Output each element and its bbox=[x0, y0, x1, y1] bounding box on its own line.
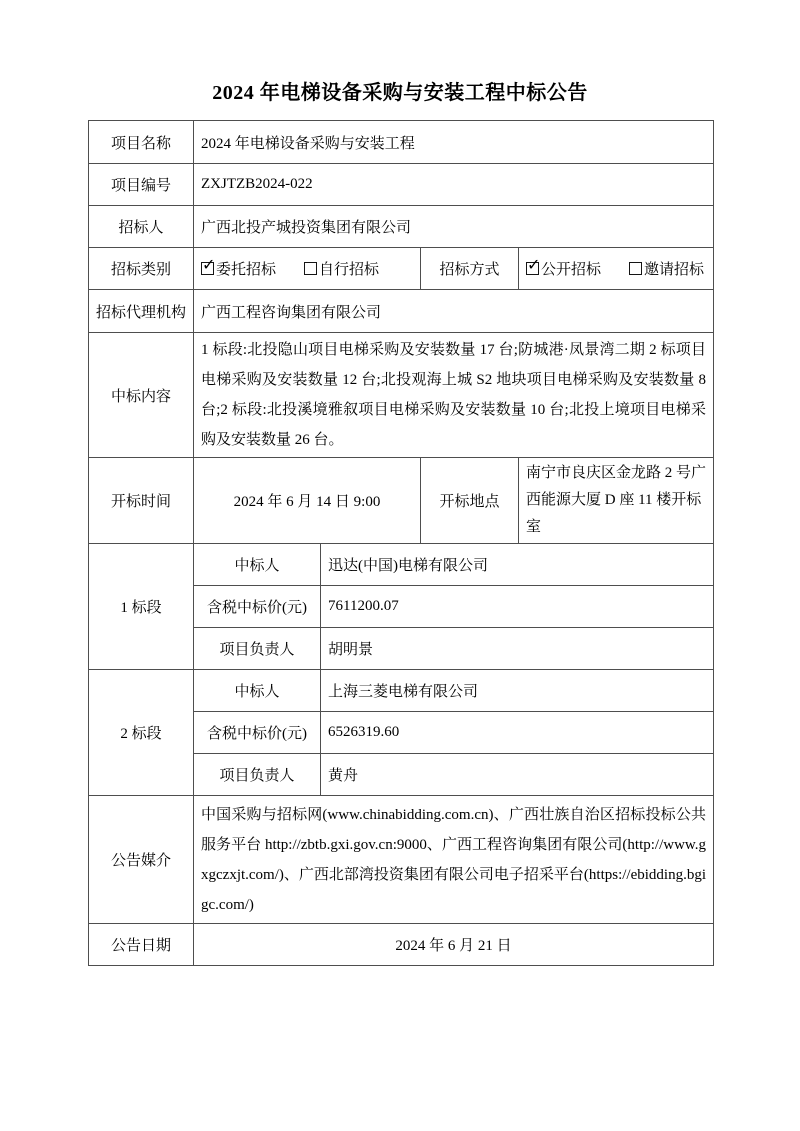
page-title: 2024 年电梯设备采购与安装工程中标公告 bbox=[0, 76, 800, 105]
checkbox-unchecked-icon bbox=[304, 262, 317, 275]
row-bid-opening: 开标时间 2024 年 6 月 14 日 9:00 开标地点 南宁市良庆区金龙路… bbox=[89, 458, 714, 544]
row-tenderer: 招标人 广西北投产城投资集团有限公司 bbox=[89, 206, 714, 248]
tender-category-options: 委托招标 自行招标 bbox=[194, 248, 421, 290]
section2-winner-row: 2 标段 中标人 上海三菱电梯有限公司 bbox=[89, 670, 714, 712]
award-content-value: 1 标段:北投隐山项目电梯采购及安装数量 17 台;防城港·凤景湾二期 2 标项… bbox=[194, 333, 714, 458]
award-content-label: 中标内容 bbox=[89, 333, 194, 458]
row-agency: 招标代理机构 广西工程咨询集团有限公司 bbox=[89, 290, 714, 333]
section2-winner-value: 上海三菱电梯有限公司 bbox=[321, 670, 714, 712]
section2-winner-label: 中标人 bbox=[194, 670, 321, 712]
agency-label: 招标代理机构 bbox=[89, 290, 194, 333]
checkbox-checked-icon bbox=[201, 262, 214, 275]
bid-open-time-label: 开标时间 bbox=[89, 458, 194, 544]
media-label: 公告媒介 bbox=[89, 796, 194, 924]
section1-winner-row: 1 标段 中标人 迅达(中国)电梯有限公司 bbox=[89, 544, 714, 586]
bid-open-time-value: 2024 年 6 月 14 日 9:00 bbox=[194, 458, 421, 544]
project-no-label: 项目编号 bbox=[89, 164, 194, 206]
row-project-name: 项目名称 2024 年电梯设备采购与安装工程 bbox=[89, 121, 714, 164]
row-project-no: 项目编号 ZXJTZB2024-022 bbox=[89, 164, 714, 206]
section2-label: 2 标段 bbox=[89, 670, 194, 796]
project-name-value: 2024 年电梯设备采购与安装工程 bbox=[194, 121, 714, 164]
section2-price-label: 含税中标价(元) bbox=[194, 712, 321, 754]
section2-manager-value: 黄舟 bbox=[321, 754, 714, 796]
project-name-label: 项目名称 bbox=[89, 121, 194, 164]
announcement-table: 项目名称 2024 年电梯设备采购与安装工程 项目编号 ZXJTZB2024-0… bbox=[88, 120, 714, 966]
section1-winner-label: 中标人 bbox=[194, 544, 321, 586]
tender-method-options: 公开招标 邀请招标 bbox=[519, 248, 714, 290]
announce-date-value: 2024 年 6 月 21 日 bbox=[194, 924, 714, 966]
section1-manager-value: 胡明景 bbox=[321, 628, 714, 670]
tender-category-label: 招标类别 bbox=[89, 248, 194, 290]
row-announce-date: 公告日期 2024 年 6 月 21 日 bbox=[89, 924, 714, 966]
section1-manager-label: 项目负责人 bbox=[194, 628, 321, 670]
checkbox-label: 委托招标 bbox=[216, 258, 276, 279]
section1-price-label: 含税中标价(元) bbox=[194, 586, 321, 628]
checkbox-label: 公开招标 bbox=[541, 258, 601, 279]
tenderer-label: 招标人 bbox=[89, 206, 194, 248]
agency-value: 广西工程咨询集团有限公司 bbox=[194, 290, 714, 333]
row-tender-category: 招标类别 委托招标 自行招标 招标方式 bbox=[89, 248, 714, 290]
document-page: { "page": { "title": "2024 年电梯设备采购与安装工程中… bbox=[0, 0, 800, 1131]
section1-price-value: 7611200.07 bbox=[321, 586, 714, 628]
section2-manager-label: 项目负责人 bbox=[194, 754, 321, 796]
project-no-value: ZXJTZB2024-022 bbox=[194, 164, 714, 206]
bid-open-place-label: 开标地点 bbox=[421, 458, 519, 544]
option-gongkai: 公开招标 bbox=[526, 258, 601, 279]
row-award-content: 中标内容 1 标段:北投隐山项目电梯采购及安装数量 17 台;防城港·凤景湾二期… bbox=[89, 333, 714, 458]
option-yaoqing: 邀请招标 bbox=[629, 258, 704, 279]
option-weituo: 委托招标 bbox=[201, 258, 276, 279]
checkbox-label: 自行招标 bbox=[319, 258, 379, 279]
option-zixing: 自行招标 bbox=[304, 258, 379, 279]
announce-date-label: 公告日期 bbox=[89, 924, 194, 966]
tender-method-label: 招标方式 bbox=[421, 248, 519, 290]
section2-price-value: 6526319.60 bbox=[321, 712, 714, 754]
section1-label: 1 标段 bbox=[89, 544, 194, 670]
checkbox-label: 邀请招标 bbox=[644, 258, 704, 279]
media-value: 中国采购与招标网(www.chinabidding.com.cn)、广西壮族自治… bbox=[194, 796, 714, 924]
checkbox-checked-icon bbox=[526, 262, 539, 275]
section1-winner-value: 迅达(中国)电梯有限公司 bbox=[321, 544, 714, 586]
tenderer-value: 广西北投产城投资集团有限公司 bbox=[194, 206, 714, 248]
bid-open-place-value: 南宁市良庆区金龙路 2 号广西能源大厦 D 座 11 楼开标室 bbox=[519, 458, 714, 544]
row-media: 公告媒介 中国采购与招标网(www.chinabidding.com.cn)、广… bbox=[89, 796, 714, 924]
checkbox-unchecked-icon bbox=[629, 262, 642, 275]
